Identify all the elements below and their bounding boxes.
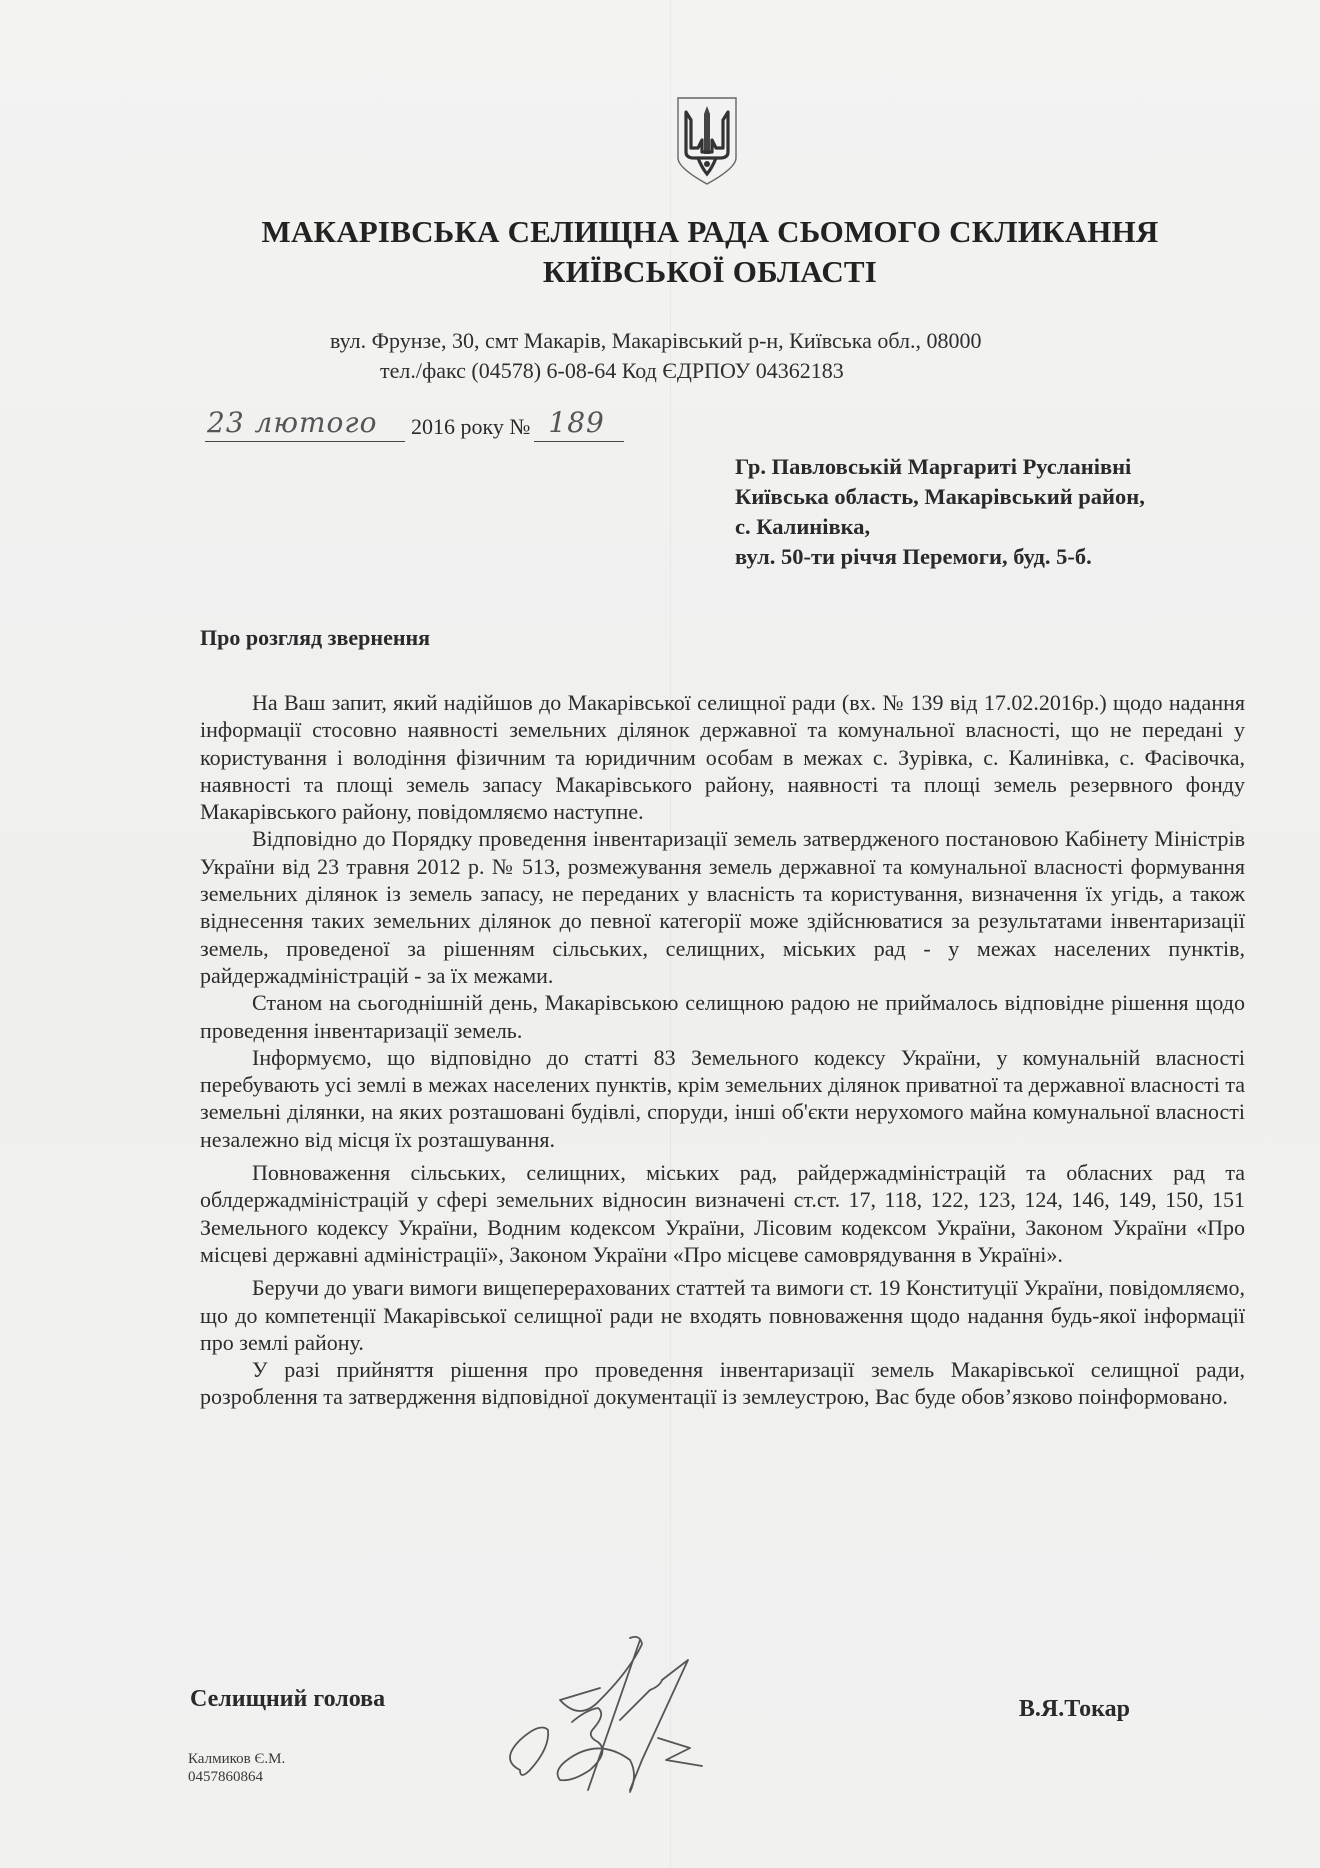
body-paragraph: Відповідно до Порядку проведення інвента… [200, 825, 1245, 989]
addressee-block: Гр. Павловській Маргариті Русланівні Киї… [735, 452, 1145, 572]
addressee-region: Київська область, Макарівський район, [735, 482, 1145, 512]
addressee-name: Гр. Павловській Маргариті Русланівні [735, 452, 1145, 482]
organization-name: МАКАРІВСЬКА СЕЛИЩНА РАДА СЬОМОГО СКЛИКАН… [0, 212, 1320, 292]
date-field: 23 лютого [205, 411, 405, 442]
handwritten-date: 23 лютого [207, 406, 377, 439]
addressee-street: вул. 50-ти річчя Перемоги, буд. 5-б. [735, 542, 1145, 572]
letter-page: МАКАРІВСЬКА СЕЛИЩНА РАДА СЬОМОГО СКЛИКАН… [0, 0, 1320, 1868]
org-name-line2: КИЇВСЬКОЇ ОБЛАСТІ [0, 252, 1320, 292]
addressee-village: с. Калинівка, [735, 512, 1145, 542]
executor-name: Калмиков Є.М. [188, 1750, 285, 1768]
signatory-name: В.Я.Токар [1019, 1696, 1130, 1723]
registration-line: 23 лютого 2016 року № 189 [205, 402, 624, 442]
signatory-title: Селищний голова [190, 1686, 385, 1713]
body-paragraph: Інформуємо, що відповідно до статті 83 З… [200, 1044, 1245, 1153]
executor-phone: 0457860864 [188, 1768, 285, 1786]
org-name-line1: МАКАРІВСЬКА СЕЛИЩНА РАДА СЬОМОГО СКЛИКАН… [0, 212, 1320, 252]
number-field: 189 [534, 411, 624, 442]
letter-body: На Ваш запит, який надійшов до Макарівсь… [200, 689, 1245, 1411]
handwritten-number: 189 [548, 406, 604, 439]
org-address-line: вул. Фрунзе, 30, смт Макарів, Макарівськ… [0, 326, 1320, 356]
organization-contacts: вул. Фрунзе, 30, смт Макарів, Макарівськ… [0, 326, 1320, 386]
body-paragraph: Повноваження сільських, селищних, міськи… [200, 1159, 1245, 1268]
signature-block: Селищний голова В.Я.Токар [190, 1680, 1130, 1720]
executor-info: Калмиков Є.М. 0457860864 [188, 1750, 285, 1786]
body-paragraph: Беручи до уваги вимоги вищеперерахованих… [200, 1274, 1245, 1356]
org-phone-line: тел./факс (04578) 6-08-64 Код ЄДРПОУ 043… [0, 356, 1320, 386]
body-paragraph: На Ваш запит, який надійшов до Макарівсь… [200, 689, 1245, 825]
body-paragraph: Станом на сьогоднішній день, Макарівсько… [200, 989, 1245, 1044]
coat-of-arms-icon [676, 96, 738, 186]
letter-subject: Про розгляд звернення [200, 625, 430, 651]
year-label: 2016 року № [405, 414, 532, 442]
body-paragraph: У разі прийняття рішення про проведення … [200, 1356, 1245, 1411]
